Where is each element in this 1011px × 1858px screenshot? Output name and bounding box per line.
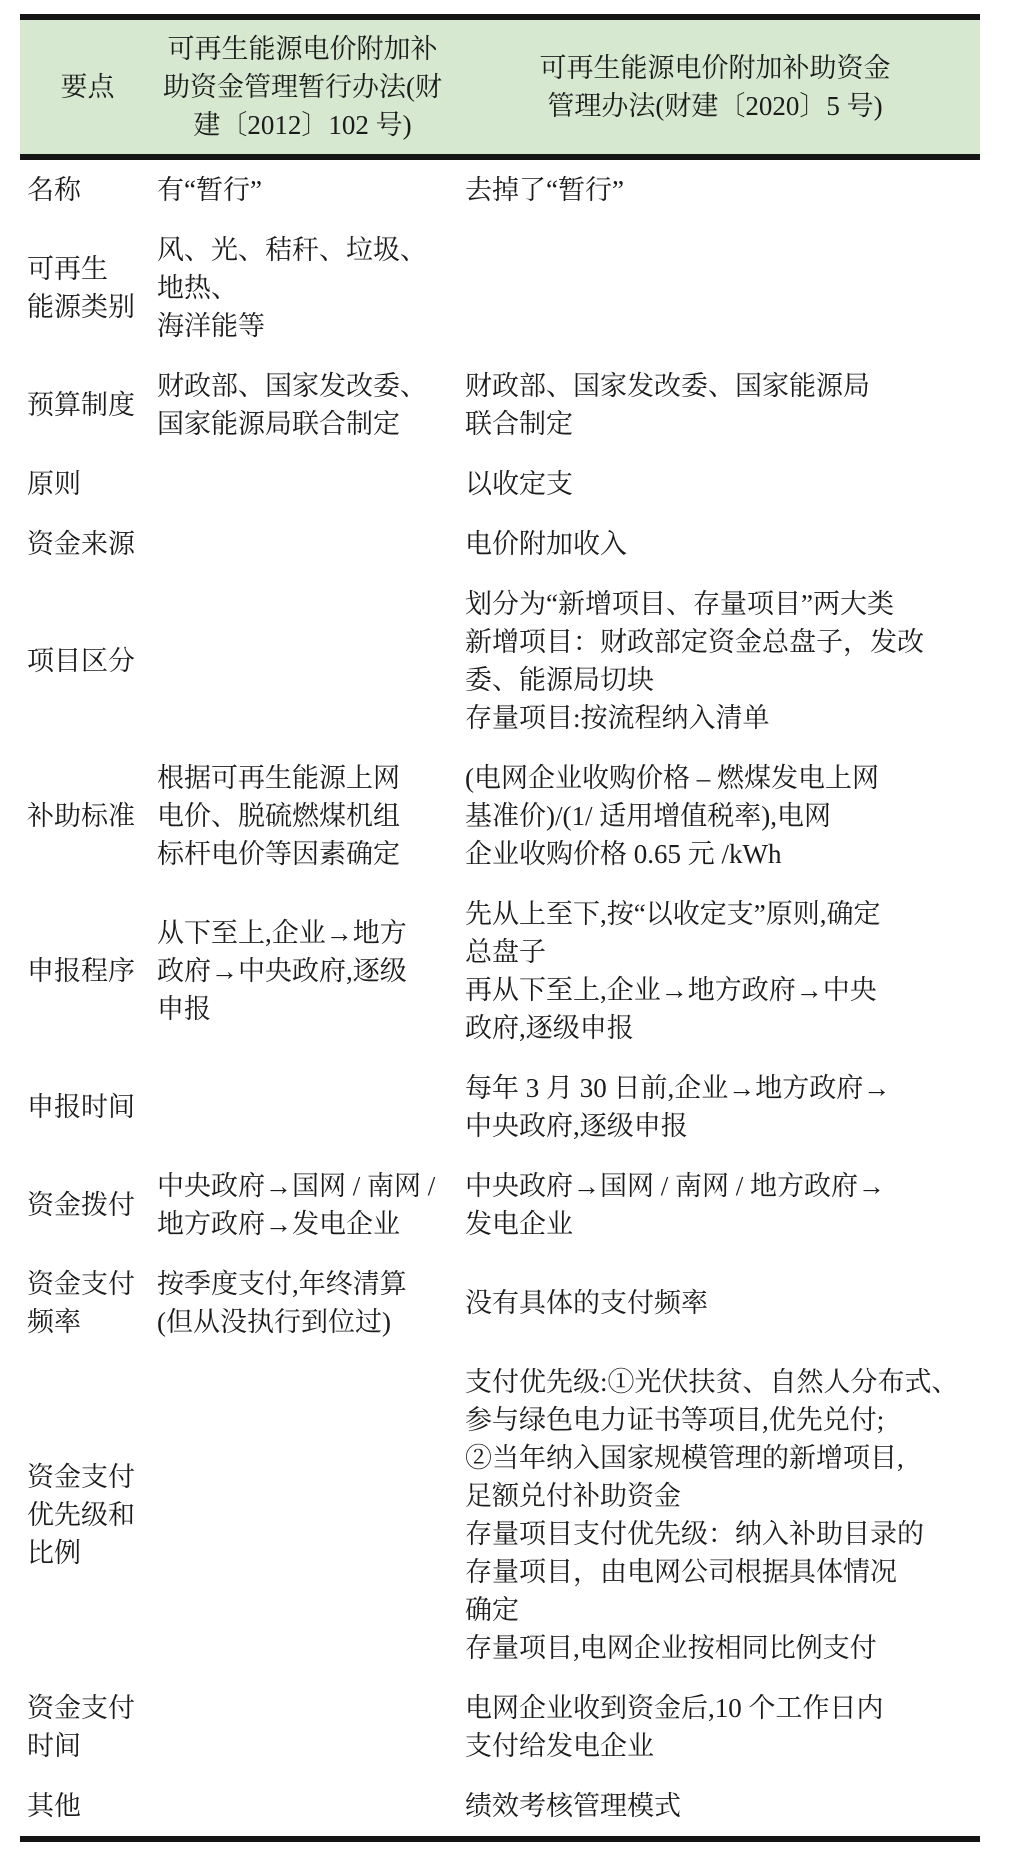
row-payment-frequency: 资金支付 频率 按季度支付,年终清算 (但从没执行到位过) 没有具体的支付频率 [20,1254,980,1352]
row-renewable-types: 可再生 能源类别 风、光、秸秆、垃圾、地热、 海洋能等 [20,220,980,356]
row-label: 可再生 能源类别 [20,220,155,356]
row-label: 原则 [20,454,155,514]
row-application-procedure: 申报程序 从下至上,企业→地方 政府→中央政府,逐级 申报 先从上至下,按“以收… [20,884,980,1058]
cell-2012: 财政部、国家发改委、 国家能源局联合制定 [155,356,450,454]
cell-2012: 有“暂行” [155,157,450,220]
row-budget-system: 预算制度 财政部、国家发改委、 国家能源局联合制定 财政部、国家发改委、国家能源… [20,356,980,454]
policy-comparison-table: 要点 可再生能源电价附加补 助资金管理暂行办法(财 建〔2012〕102 号) … [20,14,980,1842]
row-fund-source: 资金来源 电价附加收入 [20,514,980,574]
row-subsidy-standard: 补助标准 根据可再生能源上网 电价、脱硫燃煤机组 标杆电价等因素确定 (电网企业… [20,748,980,884]
cell-2012: 中央政府→国网 / 南网 / 地方政府→发电企业 [155,1156,450,1254]
row-label: 补助标准 [20,748,155,884]
cell-2012: 按季度支付,年终清算 (但从没执行到位过) [155,1254,450,1352]
cell-2012 [155,574,450,748]
cell-2020: 去掉了“暂行” [450,157,980,220]
header-measure-2020: 可再生能源电价附加补助资金 管理办法(财建〔2020〕5 号) [450,17,980,157]
row-payment-time: 资金支付 时间 电网企业收到资金后,10 个工作日内 支付给发电企业 [20,1678,980,1776]
row-application-time: 申报时间 每年 3 月 30 日前,企业→地方政府→ 中央政府,逐级申报 [20,1058,980,1156]
row-project-classification: 项目区分 划分为“新增项目、存量项目”两大类 新增项目：财政部定资金总盘子，发改… [20,574,980,748]
cell-2020: 以收定支 [450,454,980,514]
cell-2020: 电网企业收到资金后,10 个工作日内 支付给发电企业 [450,1678,980,1776]
row-label: 名称 [20,157,155,220]
row-fund-allocation: 资金拨付 中央政府→国网 / 南网 / 地方政府→发电企业 中央政府→国网 / … [20,1156,980,1254]
row-label: 申报程序 [20,884,155,1058]
cell-2020: 每年 3 月 30 日前,企业→地方政府→ 中央政府,逐级申报 [450,1058,980,1156]
cell-2020: 划分为“新增项目、存量项目”两大类 新增项目：财政部定资金总盘子，发改 委、能源… [450,574,980,748]
cell-2012 [155,1776,450,1839]
cell-2020: (电网企业收购价格 – 燃煤发电上网 基准价)/(1/ 适用增值税率),电网 企… [450,748,980,884]
cell-2020 [450,220,980,356]
cell-2020: 先从上至下,按“以收定支”原则,确定 总盘子 再从下至上,企业→地方政府→中央 … [450,884,980,1058]
cell-2012 [155,454,450,514]
cell-2020: 绩效考核管理模式 [450,1776,980,1839]
row-name: 名称 有“暂行” 去掉了“暂行” [20,157,980,220]
row-label: 资金支付 优先级和 比例 [20,1352,155,1678]
row-others: 其他 绩效考核管理模式 [20,1776,980,1839]
cell-2012 [155,1352,450,1678]
row-label: 预算制度 [20,356,155,454]
header-measure-2012: 可再生能源电价附加补 助资金管理暂行办法(财 建〔2012〕102 号) [155,17,450,157]
row-label: 其他 [20,1776,155,1839]
row-payment-priority-ratio: 资金支付 优先级和 比例 支付优先级:①光伏扶贫、自然人分布式、 参与绿色电力证… [20,1352,980,1678]
cell-2020: 没有具体的支付频率 [450,1254,980,1352]
cell-2012 [155,514,450,574]
cell-2020: 支付优先级:①光伏扶贫、自然人分布式、 参与绿色电力证书等项目,优先兑付; ②当… [450,1352,980,1678]
header-keypoint: 要点 [20,17,155,157]
row-principle: 原则 以收定支 [20,454,980,514]
cell-2012 [155,1058,450,1156]
row-label: 资金支付 频率 [20,1254,155,1352]
row-label: 资金支付 时间 [20,1678,155,1776]
row-label: 申报时间 [20,1058,155,1156]
cell-2020: 中央政府→国网 / 南网 / 地方政府→ 发电企业 [450,1156,980,1254]
cell-2020: 财政部、国家发改委、国家能源局 联合制定 [450,356,980,454]
row-label: 项目区分 [20,574,155,748]
row-label: 资金来源 [20,514,155,574]
cell-2020: 电价附加收入 [450,514,980,574]
cell-2012: 根据可再生能源上网 电价、脱硫燃煤机组 标杆电价等因素确定 [155,748,450,884]
row-label: 资金拨付 [20,1156,155,1254]
table-header-row: 要点 可再生能源电价附加补 助资金管理暂行办法(财 建〔2012〕102 号) … [20,17,980,157]
cell-2012: 从下至上,企业→地方 政府→中央政府,逐级 申报 [155,884,450,1058]
cell-2012: 风、光、秸秆、垃圾、地热、 海洋能等 [155,220,450,356]
cell-2012 [155,1678,450,1776]
document-page: 要点 可再生能源电价附加补 助资金管理暂行办法(财 建〔2012〕102 号) … [0,0,1011,1858]
